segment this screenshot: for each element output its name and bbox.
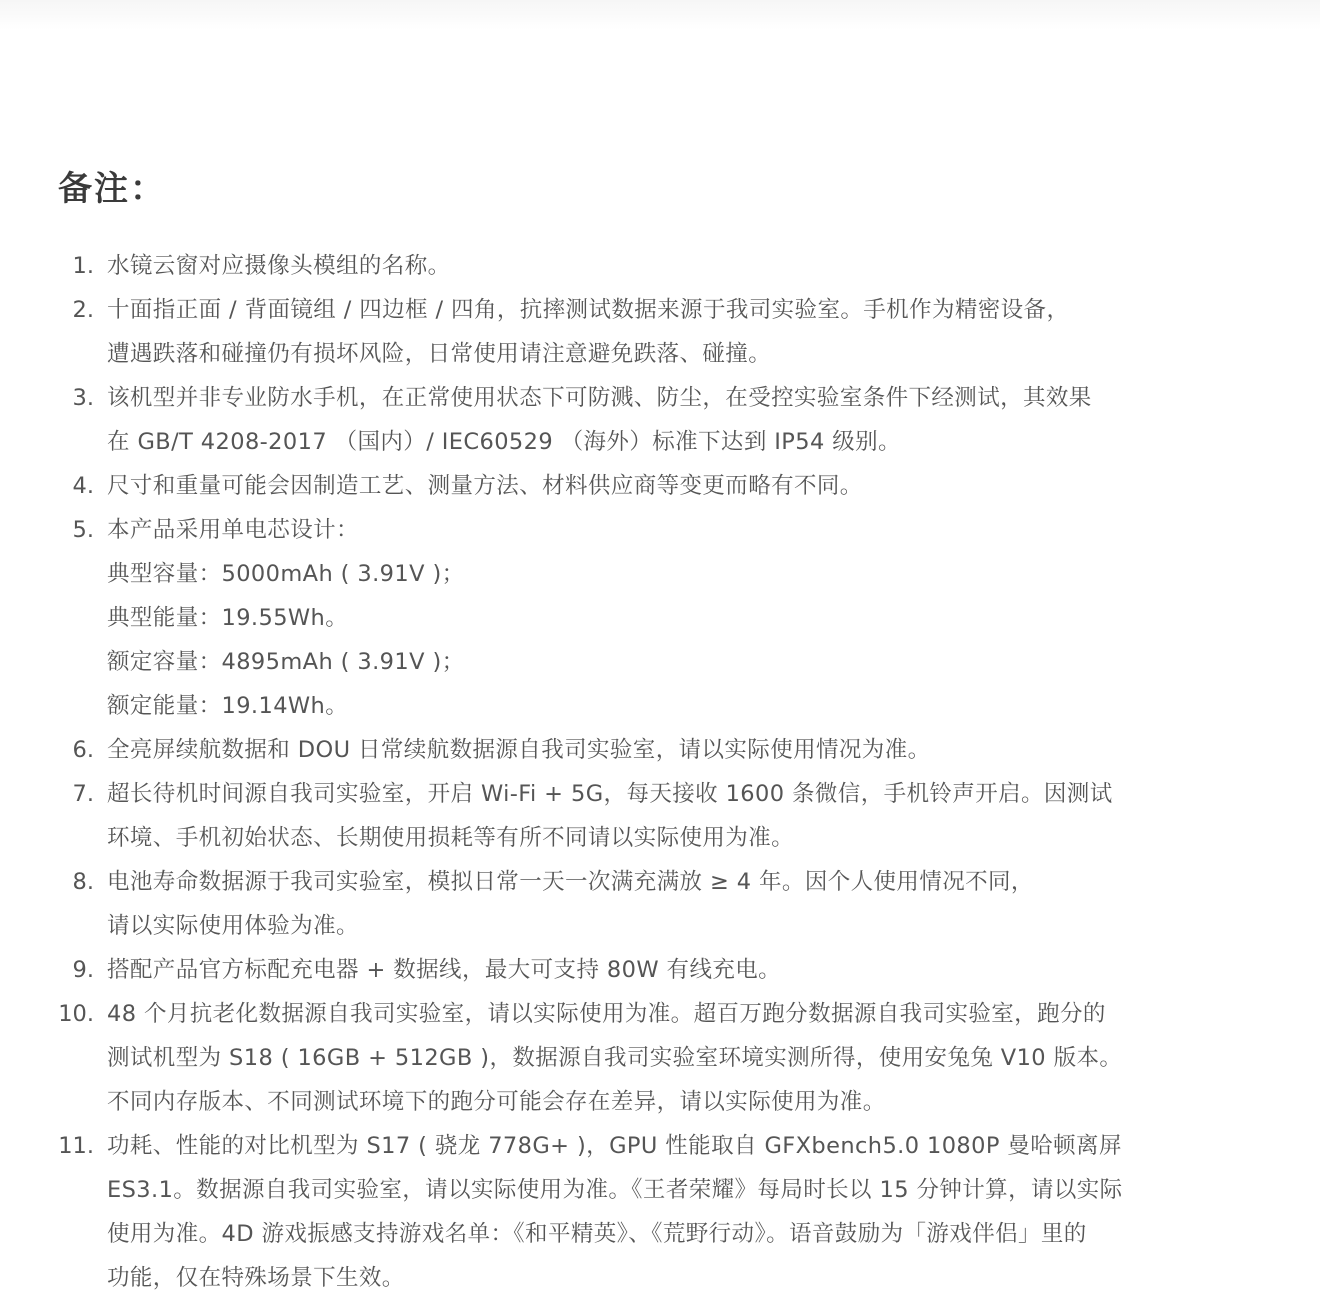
note-item: 5. 本产品采用单电芯设计： 典型容量：5000mAh ( 3.91V )； 典… [0, 508, 1320, 728]
note-item: 2. 十面指正面 / 背面镜组 / 四边框 / 四角，抗摔测试数据来源于我司实验… [0, 288, 1320, 376]
note-number: 4. [0, 464, 94, 508]
note-text: 不同内存版本、不同测试环境下的跑分可能会存在差异，请以实际使用为准。 [0, 1080, 1320, 1124]
battery-typical-capacity: 典型容量：5000mAh ( 3.91V )； [0, 552, 1320, 596]
top-edge-fade [0, 0, 1320, 30]
note-text: 全亮屏续航数据和 DOU 日常续航数据源自我司实验室，请以实际使用情况为准。 [0, 728, 1320, 772]
note-text: 使用为准。4D 游戏振感支持游戏名单：《和平精英》、《荒野行动》。语音鼓励为「游… [0, 1212, 1320, 1256]
note-number: 2. [0, 288, 94, 332]
note-text: 水镜云窗对应摄像头模组的名称。 [0, 244, 1320, 288]
note-number: 7. [0, 772, 94, 816]
note-number: 8. [0, 860, 94, 904]
note-text: 本产品采用单电芯设计： [0, 508, 1320, 552]
note-number: 3. [0, 376, 94, 420]
battery-rated-energy: 额定能量：19.14Wh。 [0, 684, 1320, 728]
note-item: 4. 尺寸和重量可能会因制造工艺、测量方法、材料供应商等变更而略有不同。 [0, 464, 1320, 508]
battery-typical-energy: 典型能量：19.55Wh。 [0, 596, 1320, 640]
notes-title: 备注： [58, 161, 166, 210]
battery-rated-capacity: 额定容量：4895mAh ( 3.91V )； [0, 640, 1320, 684]
note-item: 9. 搭配产品官方标配充电器 + 数据线，最大可支持 80W 有线充电。 [0, 948, 1320, 992]
note-item: 11. 功耗、性能的对比机型为 S17 ( 骁龙 778G+ )，GPU 性能取… [0, 1124, 1320, 1296]
note-number: 5. [0, 508, 94, 552]
note-number: 6. [0, 728, 94, 772]
note-text: 尺寸和重量可能会因制造工艺、测量方法、材料供应商等变更而略有不同。 [0, 464, 1320, 508]
note-item: 7. 超长待机时间源自我司实验室，开启 Wi-Fi + 5G，每天接收 1600… [0, 772, 1320, 860]
note-text: 在 GB/T 4208-2017 （国内）/ IEC60529 （海外）标准下达… [0, 420, 1320, 464]
note-text: 环境、手机初始状态、长期使用损耗等有所不同请以实际使用为准。 [0, 816, 1320, 860]
note-text: 请以实际使用体验为准。 [0, 904, 1320, 948]
note-text: 电池寿命数据源于我司实验室，模拟日常一天一次满充满放 ≥ 4 年。因个人使用情况… [0, 860, 1320, 904]
note-item: 8. 电池寿命数据源于我司实验室，模拟日常一天一次满充满放 ≥ 4 年。因个人使… [0, 860, 1320, 948]
note-text: 超长待机时间源自我司实验室，开启 Wi-Fi + 5G，每天接收 1600 条微… [0, 772, 1320, 816]
note-number: 9. [0, 948, 94, 992]
note-item: 10. 48 个月抗老化数据源自我司实验室，请以实际使用为准。超百万跑分数据源自… [0, 992, 1320, 1124]
note-number: 11. [0, 1124, 94, 1168]
note-text: 测试机型为 S18 ( 16GB + 512GB )，数据源自我司实验室环境实测… [0, 1036, 1320, 1080]
note-text: 功能，仅在特殊场景下生效。 [0, 1256, 1320, 1296]
note-text: 功耗、性能的对比机型为 S17 ( 骁龙 778G+ )，GPU 性能取自 GF… [0, 1124, 1320, 1168]
note-number: 1. [0, 244, 94, 288]
note-number: 10. [0, 992, 94, 1036]
note-text: 该机型并非专业防水手机，在正常使用状态下可防溅、防尘，在受控实验室条件下经测试，… [0, 376, 1320, 420]
note-item: 3. 该机型并非专业防水手机，在正常使用状态下可防溅、防尘，在受控实验室条件下经… [0, 376, 1320, 464]
note-item: 6. 全亮屏续航数据和 DOU 日常续航数据源自我司实验室，请以实际使用情况为准… [0, 728, 1320, 772]
note-text: ES3.1。数据源自我司实验室，请以实际使用为准。《王者荣耀》每局时长以 15 … [0, 1168, 1320, 1212]
note-text: 48 个月抗老化数据源自我司实验室，请以实际使用为准。超百万跑分数据源自我司实验… [0, 992, 1320, 1036]
notes-list: 1. 水镜云窗对应摄像头模组的名称。 2. 十面指正面 / 背面镜组 / 四边框… [0, 244, 1320, 1296]
note-text: 遭遇跌落和碰撞仍有损坏风险，日常使用请注意避免跌落、碰撞。 [0, 332, 1320, 376]
note-text: 十面指正面 / 背面镜组 / 四边框 / 四角，抗摔测试数据来源于我司实验室。手… [0, 288, 1320, 332]
note-text: 搭配产品官方标配充电器 + 数据线，最大可支持 80W 有线充电。 [0, 948, 1320, 992]
note-item: 1. 水镜云窗对应摄像头模组的名称。 [0, 244, 1320, 288]
